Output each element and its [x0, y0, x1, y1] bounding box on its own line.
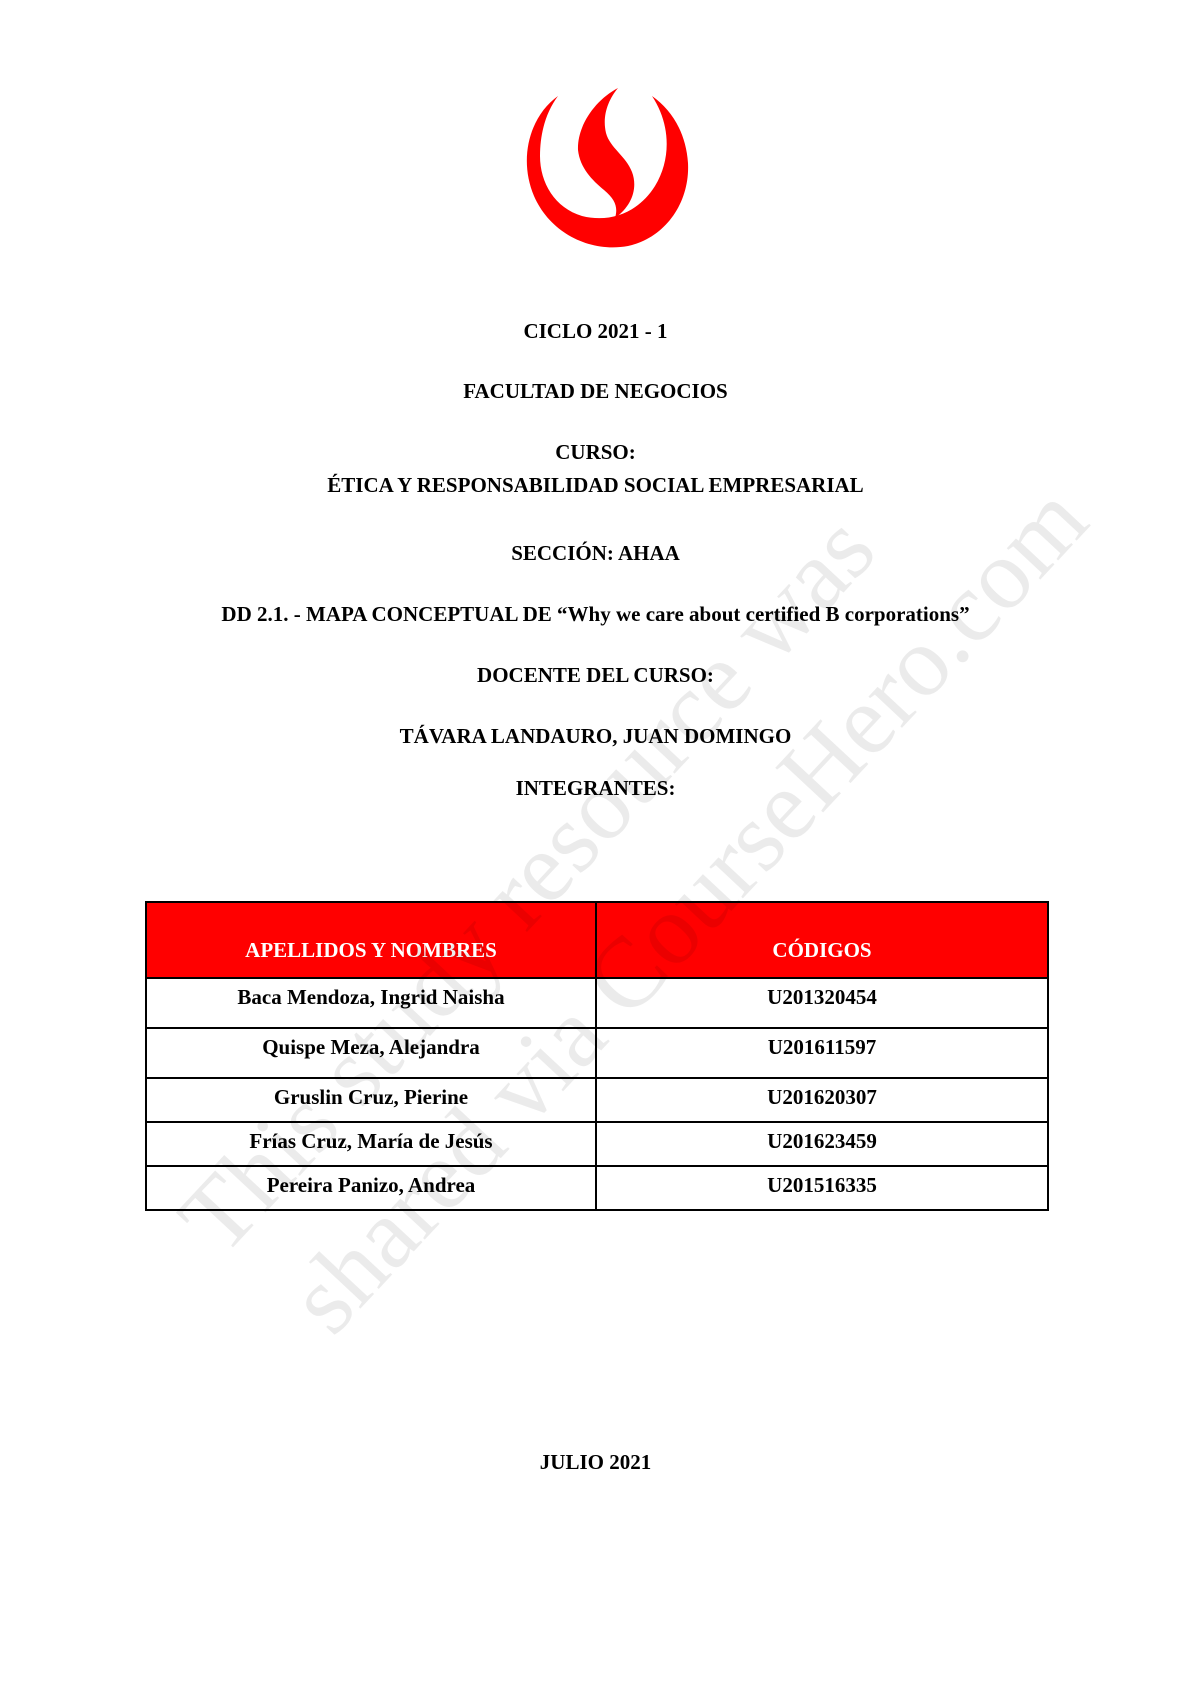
table-row: Pereira Panizo, Andrea U201516335	[146, 1166, 1048, 1210]
teacher-label: DOCENTE DEL CURSO:	[0, 663, 1191, 688]
members-table: APELLIDOS Y NOMBRES CÓDIGOS Baca Mendoza…	[145, 901, 1049, 1211]
member-code: U201623459	[596, 1122, 1048, 1166]
member-code: U201620307	[596, 1078, 1048, 1122]
member-code: U201320454	[596, 978, 1048, 1028]
course-label: CURSO:	[0, 440, 1191, 465]
members-label: INTEGRANTES:	[0, 776, 1191, 801]
teacher-name: TÁVARA LANDAURO, JUAN DOMINGO	[0, 724, 1191, 749]
member-name: Baca Mendoza, Ingrid Naisha	[146, 978, 596, 1028]
member-code: U201516335	[596, 1166, 1048, 1210]
cycle-heading: CICLO 2021 - 1	[0, 319, 1191, 344]
table-row: Quispe Meza, Alejandra U201611597	[146, 1028, 1048, 1078]
table-row: Gruslin Cruz, Pierine U201620307	[146, 1078, 1048, 1122]
member-name: Frías Cruz, María de Jesús	[146, 1122, 596, 1166]
faculty-heading: FACULTAD DE NEGOCIOS	[0, 379, 1191, 404]
table-header-row: APELLIDOS Y NOMBRES CÓDIGOS	[146, 902, 1048, 978]
section-heading: SECCIÓN: AHAA	[0, 541, 1191, 566]
date-footer: JULIO 2021	[0, 1450, 1191, 1475]
table-row: Frías Cruz, María de Jesús U201623459	[146, 1122, 1048, 1166]
member-name: Gruslin Cruz, Pierine	[146, 1078, 596, 1122]
university-flame-logo	[520, 88, 690, 258]
header-codes: CÓDIGOS	[596, 902, 1048, 978]
member-name: Quispe Meza, Alejandra	[146, 1028, 596, 1078]
table-row: Baca Mendoza, Ingrid Naisha U201320454	[146, 978, 1048, 1028]
header-names: APELLIDOS Y NOMBRES	[146, 902, 596, 978]
course-name: ÉTICA Y RESPONSABILIDAD SOCIAL EMPRESARI…	[0, 473, 1191, 498]
member-code: U201611597	[596, 1028, 1048, 1078]
member-name: Pereira Panizo, Andrea	[146, 1166, 596, 1210]
assignment-title: DD 2.1. - MAPA CONCEPTUAL DE “Why we car…	[0, 602, 1191, 627]
